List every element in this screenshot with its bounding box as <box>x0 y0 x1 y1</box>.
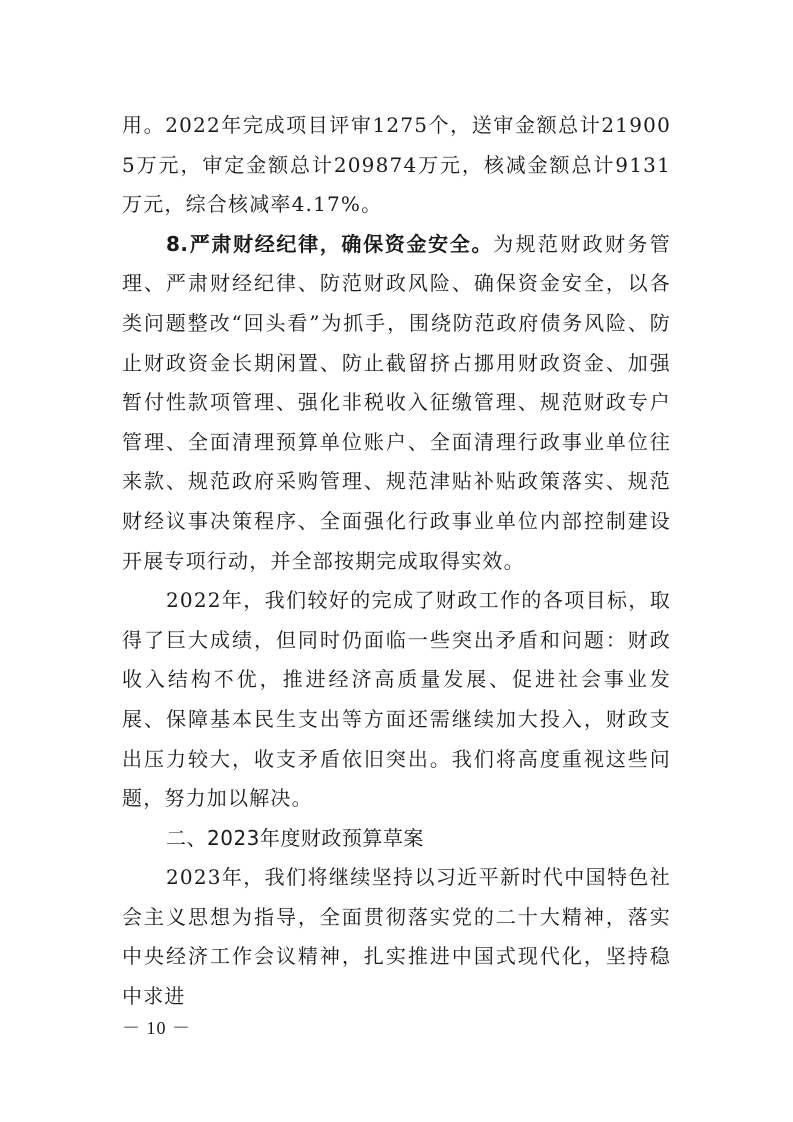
section-8-heading: 8.严肃财经纪律，确保资金安全。 <box>166 232 493 256</box>
section-8-body: 为规范财政财务管理、严肃财经纪律、防范财政风险、确保资金安全，以各类问题整改“回… <box>122 232 671 573</box>
paragraph-2023-intro: 2023年，我们将继续坚持以习近平新时代中国特色社会主义思想为指导，全面贯彻落实… <box>122 858 671 1016</box>
document-page: 用。2022年完成项目评审1275个，送审金额总计219005万元，审定金额总计… <box>122 106 671 1017</box>
section-heading-2023-budget: 二、2023年度财政预算草案 <box>122 819 671 859</box>
paragraph-project-review: 用。2022年完成项目评审1275个，送审金额总计219005万元，审定金额总计… <box>122 106 671 225</box>
paragraph-financial-discipline: 8.严肃财经纪律，确保资金安全。为规范财政财务管理、严肃财经纪律、防范财政风险、… <box>122 225 671 581</box>
paragraph-2022-summary: 2022年，我们较好的完成了财政工作的各项目标，取得了巨大成绩，但同时仍面临一些… <box>122 581 671 819</box>
page-number: － 10 － <box>122 1014 191 1040</box>
